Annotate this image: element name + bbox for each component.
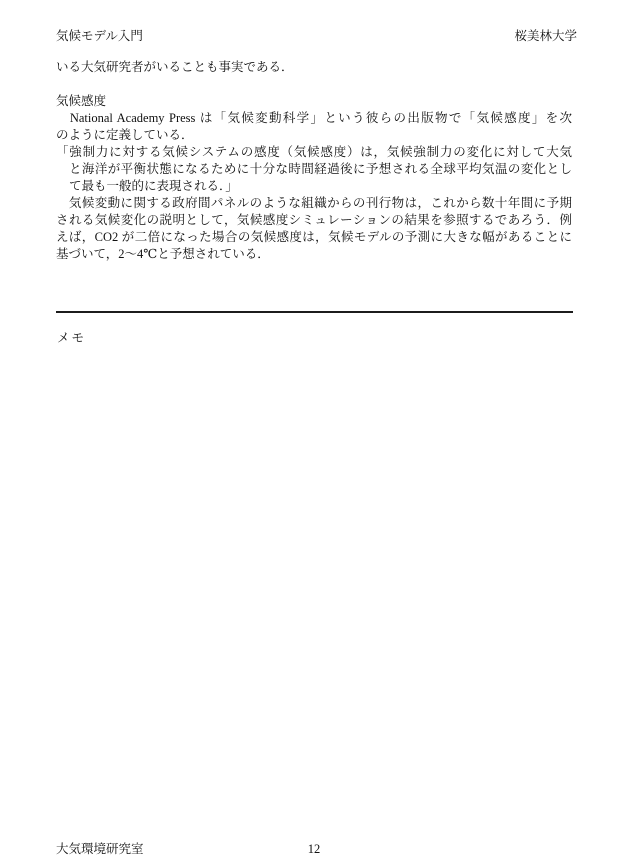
text-line: いる大気研究者がいることも事実である． [56,59,572,76]
document-body: いる大気研究者がいることも事実である．気候感度 National Academy… [56,59,572,263]
text-line: と海洋が平衡状態になるために十分な時間経過後に予想される全球平均気温の変化とし [69,161,572,178]
document-title: 気候モデル入門 [56,29,143,43]
paragraph-continuation: いる大気研究者がいることも事実である． [56,59,572,76]
blockquote-definition: 「強制力に対する気候システムの感度（気候感度）は，気候強制力の変化に対して大気と… [69,144,572,195]
section-divider [56,311,573,313]
page-footer: 大気環境研究室 12 [56,842,572,857]
university-name: 桜美林大学 [514,29,577,43]
text-line: 気候変動に関する政府間パネルのような組織からの刊行物は，これから数十年間に予期 [56,195,572,212]
footer-lab-name: 大気環境研究室 [56,842,308,857]
document-page: 気候モデル入門 桜美林大学 いる大気研究者がいることも事実である．気候感度 Na… [0,0,628,860]
page-header: 気候モデル入門 桜美林大学 [56,29,577,43]
page-number: 12 [308,842,321,857]
text-line: 基づいて，2〜4℃と予想されている． [56,246,572,263]
text-line: 「強制力に対する気候システムの感度（気候感度）は，気候強制力の変化に対して大気 [69,144,572,161]
text-line: 気候感度 [56,93,572,110]
section-heading: 気候感度 [56,93,572,110]
text-line: National Academy Press は「気候変動科学」という彼らの出版… [56,110,572,127]
text-line: のように定義している． [56,127,572,144]
text-line: えば，CO2 が二倍になった場合の気候感度は，気候モデルの予測に大きな幅があるこ… [56,229,572,246]
paragraph-definition-intro: National Academy Press は「気候変動科学」という彼らの出版… [56,110,572,144]
paragraph-ipcc: 気候変動に関する政府間パネルのような組織からの刊行物は，これから数十年間に予期さ… [56,195,572,263]
text-line: される気候変化の説明として，気候感度シミュレーションの結果を参照するであろう．例 [56,212,572,229]
text-line: て最も一般的に表現される．」 [69,178,572,195]
memo-label: メモ [57,330,86,347]
